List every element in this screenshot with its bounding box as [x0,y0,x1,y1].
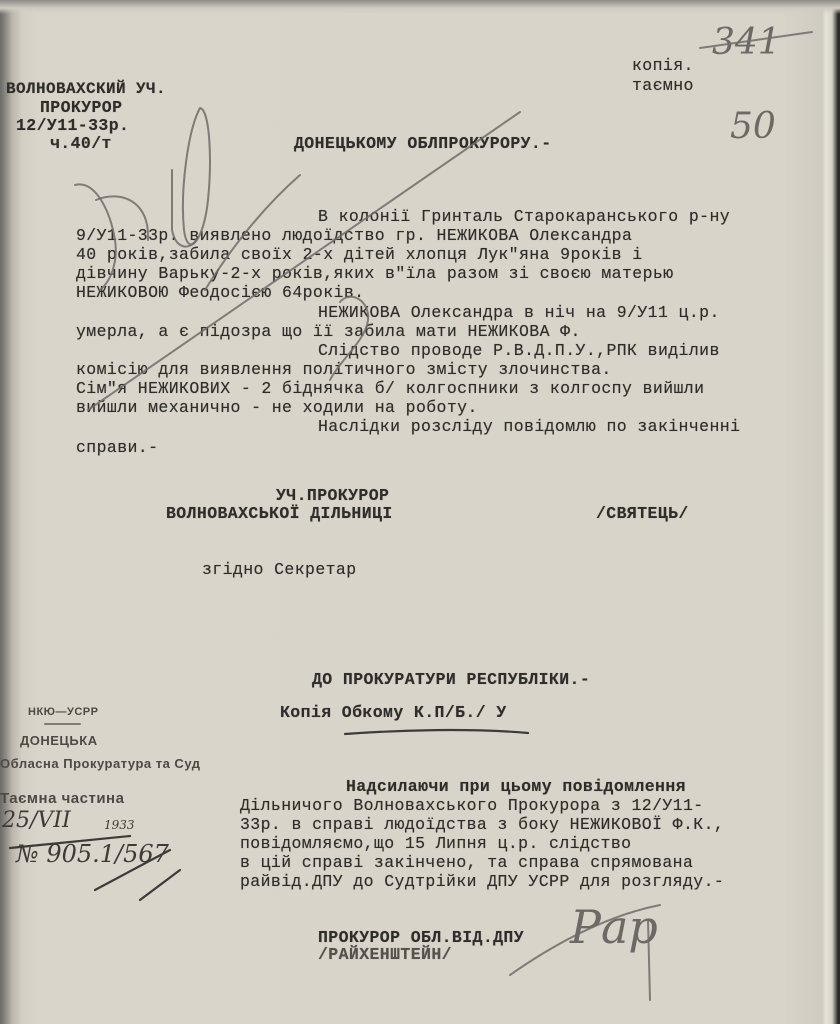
stamp-office: Обласна Прокуратура та Суд [0,756,200,771]
body-line: НЕЖИКОВОЮ Феодосією 64років. [76,283,364,302]
stamp-ministry: НКЮ—УСРР [28,706,98,718]
header-left-date: 12/У11-33р. [16,116,129,135]
cover-line: в цій справі закінчено, та справа спрямо… [240,853,693,872]
header-left-ref-number: ч.40/т [50,134,112,153]
signature-name: /СВЯТЕЦЬ/ [596,504,689,523]
secret-label: таємно [632,76,694,95]
body-line: справи.- [76,438,158,457]
cover-line: повідомляємо,що 15 Липня ц.р. слідство [240,834,631,853]
signature-title-line2: ВОЛНОВАХСЬКОЇ ДІЛЬНИЦІ [166,504,393,523]
stamp-handwritten-number: № 905.1/567 [16,840,169,868]
certified-secretary: згідно Секретар [202,560,357,579]
body-line: 40 років,забила своїх 2-х дітей хлопця Л… [76,245,643,264]
body-line: 9/У11-33р. виявлено людоїдство гр. НЕЖИК… [76,226,632,245]
body-line: НЕЖИКОВА Олександра в ніч на 9/У11 ц.р. [318,303,720,322]
header-left-district: ВОЛНОВАХСКИЙ УЧ. [6,80,166,99]
stamp-region: ДОНЕЦЬКА [20,733,98,748]
stamp-section: Таємна частина [0,790,124,807]
body-line: дівчину Варьку-2-х років,яких в"їла разо… [76,264,674,283]
signature-title-line1: УЧ.ПРОКУРОР [276,486,389,505]
body-line: вийшли механично - не ходили на роботу. [76,398,478,417]
scanned-document-page: ВОЛНОВАХСКИЙ УЧ. ПРОКУРОР 12/У11-33р. ч.… [0,0,840,1024]
addressee: ДОНЕЦЬКОМУ ОБЛПРОКУРОРУ.- [294,134,552,153]
final-signature-name: /РАЙХЕНШТЕЙН/ [318,945,452,964]
body-line: Наслідки розсліду повідомлю по закінченн… [318,417,740,436]
body-line: Слідство проводе Р.В.Д.П.У.,РПК виділив [318,341,720,360]
stamp-handwritten-date: 25/VII [2,808,71,833]
resolution-loop-icon [183,108,210,244]
copy-label: копія. [632,56,694,75]
copy-to-obkom: Копія Обкому К.П/Б./ У [280,703,507,722]
cover-line: райвід.ДПУ до Судтрійки ДПУ УСРР для роз… [240,872,724,891]
underline-icon [345,730,528,734]
body-line: Сім"я НЕЖИКОВИХ - 2 біднячка б/ колгоспн… [76,379,704,398]
cover-line: Надсилаючи при цьому повідомлення [346,777,686,796]
body-line: В колонії Гринталь Старокаранського р-ну [318,207,730,226]
second-addressee: ДО ПРОКУРАТУРИ РЕСПУБЛІКИ.- [312,670,590,689]
header-left-title: ПРОКУРОР [40,98,122,117]
handwritten-signature: Рар [570,900,658,954]
handwritten-archive-number: 341 [712,22,781,63]
body-line: комісію для виявлення політичного змісту… [76,360,612,379]
cover-line: 33р. в справі людоїдства з боку НЕЖИКОВО… [240,815,724,834]
handwritten-page-number: 50 [730,106,776,147]
cover-line: Дільничого Волновахського Прокурора з 12… [240,796,704,815]
stamp-handwritten-year: 1933 [104,818,135,832]
body-line: умерла, а є підозра що її забила мати НЕ… [76,322,581,341]
